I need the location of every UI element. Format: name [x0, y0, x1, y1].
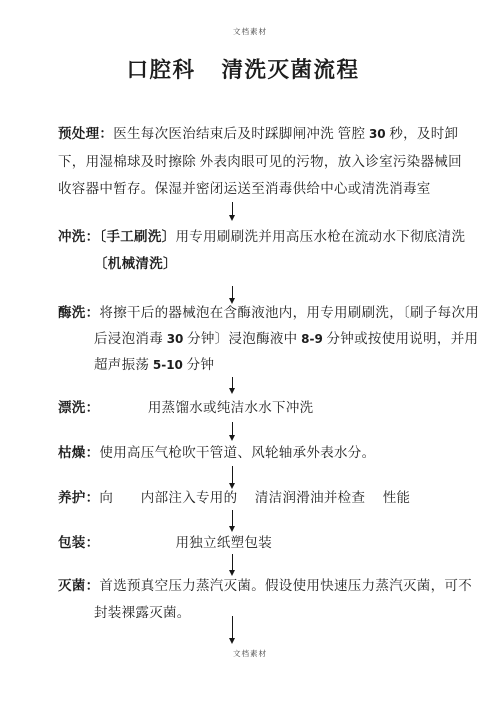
- text-segment: 秒，及时卸: [386, 126, 459, 141]
- step-rinse: 冲洗：〔手工刷洗〕用专用刷刷洗并用高压水枪在流动水下彻底清洗〔机械清洗〕: [58, 223, 465, 277]
- text-line: 预处理：医生每次医治结束后及时踩脚闸冲洗 管腔 30 秒，及时卸: [58, 120, 462, 148]
- text-segment: 分钟〕浸泡酶液中: [183, 331, 301, 346]
- step-label: 酶洗：: [58, 305, 99, 320]
- text-segment: 〔机械清洗〕: [94, 256, 177, 271]
- text-segment: 30: [167, 332, 184, 346]
- text-line: 灭菌：首选预真空压力蒸汽灭菌。假设使用快速压力蒸汽灭菌，可不: [58, 572, 472, 599]
- text-segment: 超声振荡: [94, 357, 153, 372]
- text-segment: 后浸泡消毒: [94, 331, 167, 346]
- flow-arrow-down-icon-3: [232, 377, 233, 389]
- text-line: 冲洗：〔手工刷洗〕用专用刷刷洗并用高压水枪在流动水下彻底清洗: [58, 223, 465, 250]
- flow-arrow-down-icon-8: [232, 616, 233, 639]
- text-line: 超声振荡 5-10 分钟: [94, 352, 479, 378]
- text-line: 漂洗： 用蒸馏水或纯洁水水下冲洗: [58, 394, 313, 421]
- step-drying: 枯燥：使用高压气枪吹干管道、风轮轴承外表水分。: [58, 439, 375, 466]
- step-label: 冲洗：: [58, 229, 99, 244]
- text-segment: 用专用刷刷洗并用高压水枪在流动水下彻底清洗: [175, 229, 465, 244]
- text-segment: 首选预真空压力蒸汽灭菌。假设使用快速压力蒸汽灭菌，可不: [99, 578, 472, 593]
- page-title-department: 口腔科: [126, 58, 195, 82]
- flow-arrow-down-icon-4: [232, 422, 233, 436]
- step-label: 漂洗：: [58, 400, 93, 415]
- text-line: 酶洗：将擦干后的器械泡在含酶液池内，用专用刷刷洗，〔刷子每次用: [58, 300, 479, 326]
- step-label: 灭菌：: [58, 578, 99, 593]
- flow-arrow-down-icon-5: [232, 466, 233, 484]
- step-label: 枯燥：: [58, 445, 99, 460]
- flow-arrow-down-icon-1: [232, 202, 233, 216]
- text-line: 封装裸露灭菌。: [94, 599, 472, 626]
- text-segment: 收容器中暂存。保湿并密闭运送至消毒供给中心或清洗消毒室: [58, 181, 431, 196]
- flow-arrow-down-icon-2: [232, 286, 233, 299]
- text-segment: 用独立纸塑包装: [93, 535, 272, 550]
- step-sterilization: 灭菌：首选预真空压力蒸汽灭菌。假设使用快速压力蒸汽灭菌，可不封装裸露灭菌。: [58, 572, 472, 626]
- text-line: 〔机械清洗〕: [94, 250, 465, 277]
- text-line: 包装： 用独立纸塑包装: [58, 529, 272, 556]
- text-segment: 向 内部注入专用的 清洁润滑油并检查 性能: [99, 490, 410, 505]
- text-segment: 〔手工刷洗〕: [99, 229, 175, 244]
- text-segment: 使用高压气枪吹干管道、风轮轴承外表水分。: [99, 445, 375, 460]
- step-maintenance: 养护：向 内部注入专用的 清洁润滑油并检查 性能: [58, 484, 410, 511]
- step-enzyme-wash: 酶洗：将擦干后的器械泡在含酶液池内，用专用刷刷洗，〔刷子每次用后浸泡消毒 30 …: [58, 300, 479, 378]
- step-pretreatment: 预处理：医生每次医治结束后及时踩脚闸冲洗 管腔 30 秒，及时卸下，用湿棉球及时…: [58, 120, 462, 202]
- text-segment: 医生每次医治结束后及时踩脚闸冲洗 管腔: [113, 126, 369, 141]
- text-segment: 5-10: [153, 358, 183, 372]
- text-segment: 30: [369, 127, 386, 141]
- header-watermark: 文档素材: [0, 26, 500, 37]
- flow-arrow-down-icon-6: [232, 510, 233, 527]
- text-line: 收容器中暂存。保湿并密闭运送至消毒供给中心或清洗消毒室: [58, 175, 462, 202]
- step-bleach-rinse: 漂洗： 用蒸馏水或纯洁水水下冲洗: [58, 394, 313, 421]
- text-segment: 将擦干后的器械泡在含酶液池内，用专用刷刷洗，〔刷子每次用: [99, 305, 479, 320]
- step-label: 养护：: [58, 490, 99, 505]
- text-segment: 分钟: [183, 357, 214, 372]
- flow-arrow-down-icon-7: [232, 554, 233, 571]
- text-segment: 分钟或按使用说明，并用: [323, 331, 478, 346]
- page-title: 口腔科清洗灭菌流程: [0, 53, 500, 84]
- footer-watermark: 文档素材: [0, 648, 500, 659]
- text-segment: 用蒸馏水或纯洁水水下冲洗: [93, 400, 314, 415]
- text-segment: 下，用湿棉球及时擦除 外表肉眼可见的污物，放入诊室污染器械回: [58, 154, 462, 169]
- text-line: 养护：向 内部注入专用的 清洁润滑油并检查 性能: [58, 484, 410, 511]
- text-line: 枯燥：使用高压气枪吹干管道、风轮轴承外表水分。: [58, 439, 375, 466]
- text-segment: 封装裸露灭菌。: [94, 605, 191, 620]
- text-line: 下，用湿棉球及时擦除 外表肉眼可见的污物，放入诊室污染器械回: [58, 148, 462, 175]
- text-line: 后浸泡消毒 30 分钟〕浸泡酶液中 8-9 分钟或按使用说明，并用: [94, 326, 479, 352]
- step-label: 预处理：: [58, 126, 113, 141]
- document-page: 文档素材 口腔科清洗灭菌流程 预处理：医生每次医治结束后及时踩脚闸冲洗 管腔 3…: [0, 0, 500, 707]
- text-segment: 8-9: [301, 332, 323, 346]
- step-label: 包装：: [58, 535, 93, 550]
- page-title-process: 清洗灭菌流程: [222, 58, 360, 82]
- step-packaging: 包装： 用独立纸塑包装: [58, 529, 272, 556]
